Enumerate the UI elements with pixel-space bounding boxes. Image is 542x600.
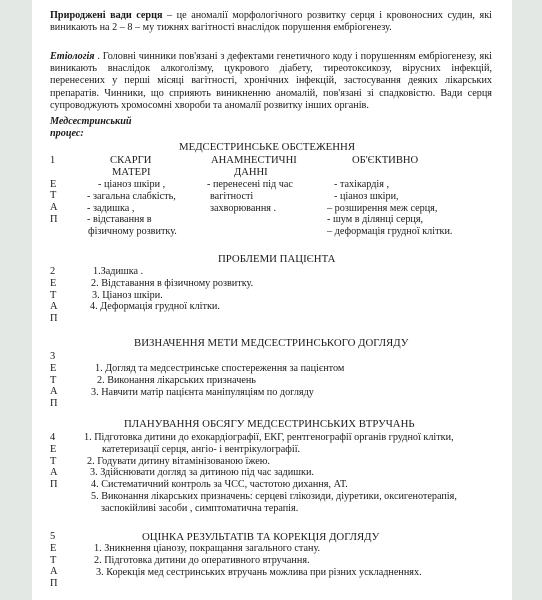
- stage3-heading: ВИЗНАЧЕННЯ МЕТИ МЕДСЕСТРИНСЬКОГО ДОГЛЯДУ: [134, 337, 408, 349]
- stage-letter: 5: [50, 531, 58, 543]
- list-item: 3. Навчити матір пацієнта маніпуляціям п…: [86, 387, 344, 399]
- document-page: Природжені вади серця – це аномалії морф…: [32, 0, 512, 600]
- stage5-heading: ОЦІНКА РЕЗУЛЬТАТІВ ТА КОРЕКЦІЯ ДОГЛЯДУ: [142, 531, 379, 543]
- stage1-letters: 1 Е Т А П: [50, 155, 58, 226]
- stage-letter: Т: [50, 555, 58, 567]
- stage-letter: П: [50, 313, 58, 325]
- complaints-header-2: МАТЕРІ: [112, 167, 151, 179]
- list-item: - тахікардія ,: [327, 179, 452, 191]
- stage-letter: Т: [50, 456, 58, 468]
- stage-letter: Е: [50, 179, 58, 191]
- stage2-list: 1.Задишка . 2. Відставання в фізичному р…: [90, 266, 253, 313]
- stage5-list: 1. Зникнення ціанозу, покращання загальн…: [94, 543, 422, 578]
- list-item: 1. Догляд та медсестринське спостереженн…: [86, 363, 344, 375]
- list-item: 1. Підготовка дитини до ехокардіографії,…: [84, 432, 457, 444]
- list-item: 4. Систематичний контроль за ЧСС, частот…: [84, 479, 457, 491]
- list-item: катетеризації серця, ангіо- і вентрікуло…: [84, 444, 457, 456]
- process-title-line2: процес:: [50, 128, 84, 140]
- objective-header: ОБ'ЄКТИВНО: [352, 155, 418, 167]
- complaints-list: - ціаноз шкіри , - загальна слабкість, -…: [87, 179, 177, 238]
- etiology-text: . Головні чинники пов'язані з дефектами …: [50, 51, 492, 111]
- stage-letter: 1: [50, 155, 58, 167]
- list-item: фізичному розвитку.: [87, 226, 177, 238]
- list-item: 2. Годувати дитину вітамінізованою їжею.: [84, 456, 457, 468]
- stage-letter: А: [50, 202, 58, 214]
- stage-letter: А: [50, 386, 58, 398]
- process-title-line1: Медсестринський: [50, 116, 132, 128]
- list-item: 2. Виконання лікарських призначень: [86, 375, 344, 387]
- list-item: 2. Підготовка дитини до оперативного втр…: [94, 555, 422, 567]
- list-item: 3. Корекція мед сестринських втручань мо…: [94, 567, 422, 579]
- list-item: - перенесені під час: [207, 179, 293, 191]
- stage-letter: 2: [50, 266, 58, 278]
- stage-letter: А: [50, 467, 58, 479]
- stage-letter: Е: [50, 363, 58, 375]
- intro-paragraph: Природжені вади серця – це аномалії морф…: [50, 10, 492, 34]
- stage-letter: А: [50, 301, 58, 313]
- stage-letter: Е: [50, 278, 58, 290]
- stage4-list: 1. Підготовка дитини до ехокардіографії,…: [84, 432, 457, 515]
- list-item: 5. Виконання лікарських призначень: серц…: [84, 491, 457, 503]
- stage4-letters: 4 Е Т А П: [50, 432, 58, 491]
- stage2-heading: ПРОБЛЕМИ ПАЦІЄНТА: [218, 253, 335, 265]
- list-item: захворювання .: [207, 203, 293, 215]
- stage-letter: П: [50, 578, 58, 590]
- list-item: - задишка ,: [87, 203, 177, 215]
- anamnesis-header-2: ДАННІ: [234, 167, 268, 179]
- stage-letter: П: [50, 479, 58, 491]
- stage-letter: 4: [50, 432, 58, 444]
- etiology-paragraph: Етіологія . Головні чинники пов'язані з …: [50, 51, 492, 112]
- stage-letter: Т: [50, 190, 58, 202]
- list-item: 2. Відставання в фізичному розвитку.: [90, 278, 253, 290]
- list-item: – розширення меж серця,: [327, 203, 452, 215]
- etiology-term: Етіологія: [50, 51, 95, 62]
- list-item: 1. Зникнення ціанозу, покращання загальн…: [94, 543, 422, 555]
- list-item: - ціаноз шкіри,: [327, 191, 452, 203]
- stage3-letters: 3 Е Т А П: [50, 351, 58, 410]
- complaints-header-1: СКАРГИ: [110, 155, 151, 167]
- stage-letter: 3: [50, 351, 58, 363]
- anamnesis-list: - перенесені під час вагітності захворюв…: [207, 179, 293, 214]
- stage-letter: Т: [50, 290, 58, 302]
- list-item: - ціаноз шкіри ,: [87, 179, 177, 191]
- stage-letter: П: [50, 398, 58, 410]
- stage4-heading: ПЛАНУВАННЯ ОБСЯГУ МЕДСЕСТРИНСЬКИХ ВТРУЧА…: [124, 418, 415, 430]
- list-item: 1.Задишка .: [90, 266, 253, 278]
- stage-letter: Е: [50, 444, 58, 456]
- list-item: заспокійливі засоби , симптоматична тера…: [84, 503, 457, 515]
- list-item: - відставання в: [87, 214, 177, 226]
- intro-term: Природжені вади серця: [50, 10, 162, 21]
- list-item: 4. Деформація грудної клітки.: [90, 301, 253, 313]
- list-item: – деформація грудної клітки.: [327, 226, 452, 238]
- list-item: 3. Ціаноз шкіри.: [90, 290, 253, 302]
- list-item: вагітності: [207, 191, 293, 203]
- list-item: - загальна слабкість,: [87, 191, 177, 203]
- stage2-letters: 2 Е Т А П: [50, 266, 58, 325]
- stage-letter: П: [50, 214, 58, 226]
- stage-letter: Т: [50, 375, 58, 387]
- list-item: - шум в ділянці серця,: [327, 214, 452, 226]
- stage-letter: Е: [50, 543, 58, 555]
- anamnesis-header-1: АНАМНЕСТИЧНІ: [211, 155, 297, 167]
- stage1-heading: МЕДСЕСТРИНСЬКЕ ОБСТЕЖЕННЯ: [179, 141, 355, 153]
- stage3-list: 1. Догляд та медсестринське спостереженн…: [86, 363, 344, 398]
- objective-list: - тахікардія , - ціаноз шкіри, – розшире…: [327, 179, 452, 238]
- stage5-letters: 5 Е Т А П: [50, 531, 58, 590]
- list-item: 3. Здійснювати догляд за дитиною під час…: [84, 467, 457, 479]
- stage-letter: А: [50, 566, 58, 578]
